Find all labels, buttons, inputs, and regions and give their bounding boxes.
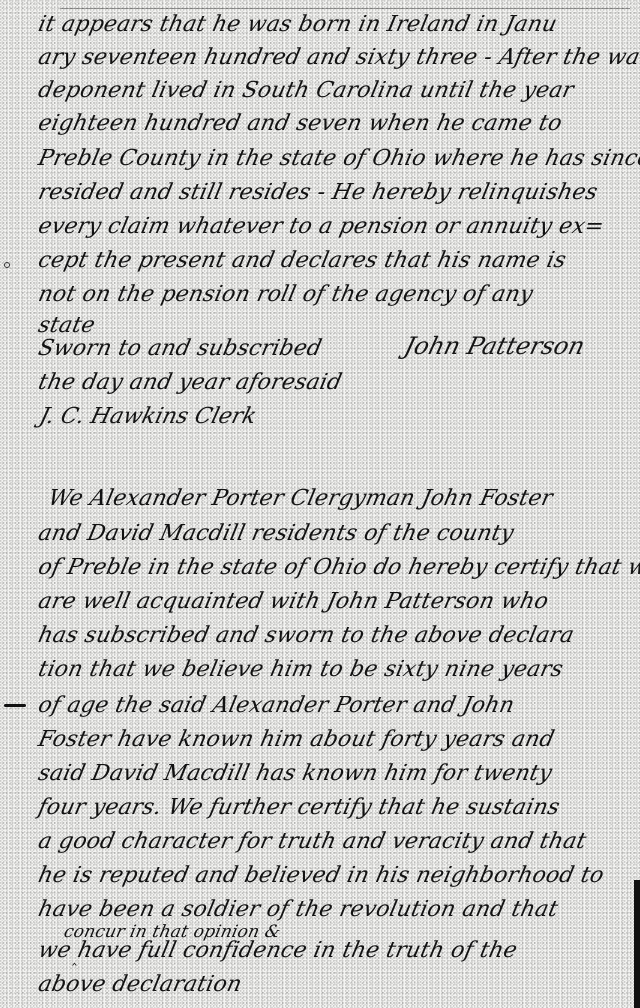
text-line: we have full confidence in the truth of … (36, 938, 520, 963)
text-line: has subscribed and sworn to the above de… (36, 623, 576, 648)
text-line: of age the said Alexander Porter and Joh… (36, 693, 517, 718)
text-line: are well acquainted with John Patterson … (36, 589, 551, 614)
text-line: a good character for truth and veracity … (36, 829, 588, 854)
margin-mark (4, 262, 10, 268)
text-line: of Preble in the state of Ohio do hereby… (36, 555, 640, 580)
text-line: and David Macdill residents of the count… (36, 521, 516, 546)
text-line: cept the present and declares that his n… (36, 248, 568, 273)
clerk-signature: J. C. Hawkins Clerk (37, 404, 259, 429)
document-page: it appears that he was born in Ireland i… (0, 0, 640, 1008)
text-line: eighteen hundred and seven when he came … (36, 111, 564, 136)
text-line: ary seventeen hundred and sixty three - … (36, 45, 640, 70)
margin-mark (4, 704, 26, 707)
text-line: deponent lived in South Carolina until t… (36, 78, 576, 103)
text-line: four years. We further certify that he s… (36, 795, 562, 820)
text-line: said David Macdill has known him for twe… (36, 761, 554, 786)
text-line: above declaration (36, 972, 244, 997)
text-line: every claim whatever to a pension or ann… (36, 214, 606, 239)
text-line: not on the pension roll of the agency of… (36, 282, 535, 307)
text-line: resided and still resides - He hereby re… (36, 180, 600, 205)
text-line: Foster have known him about forty years … (36, 727, 557, 752)
jurat-line: Sworn to and subscribed (36, 336, 324, 361)
text-line: tion that we believe him to be sixty nin… (36, 657, 565, 682)
declarant-signature: John Patterson (402, 332, 588, 360)
text-line: state (36, 313, 97, 338)
top-rule (60, 8, 630, 9)
text-line: have been a soldier of the revolution an… (36, 897, 560, 922)
jurat-line: the day and year aforesaid (36, 370, 344, 395)
text-line: it appears that he was born in Ireland i… (36, 12, 559, 37)
text-line: We Alexander Porter Clergyman John Foste… (46, 486, 555, 511)
text-line: he is reputed and believed in his neighb… (36, 863, 606, 888)
scan-edge (634, 880, 640, 1008)
text-line: Preble County in the state of Ohio where… (36, 146, 640, 171)
